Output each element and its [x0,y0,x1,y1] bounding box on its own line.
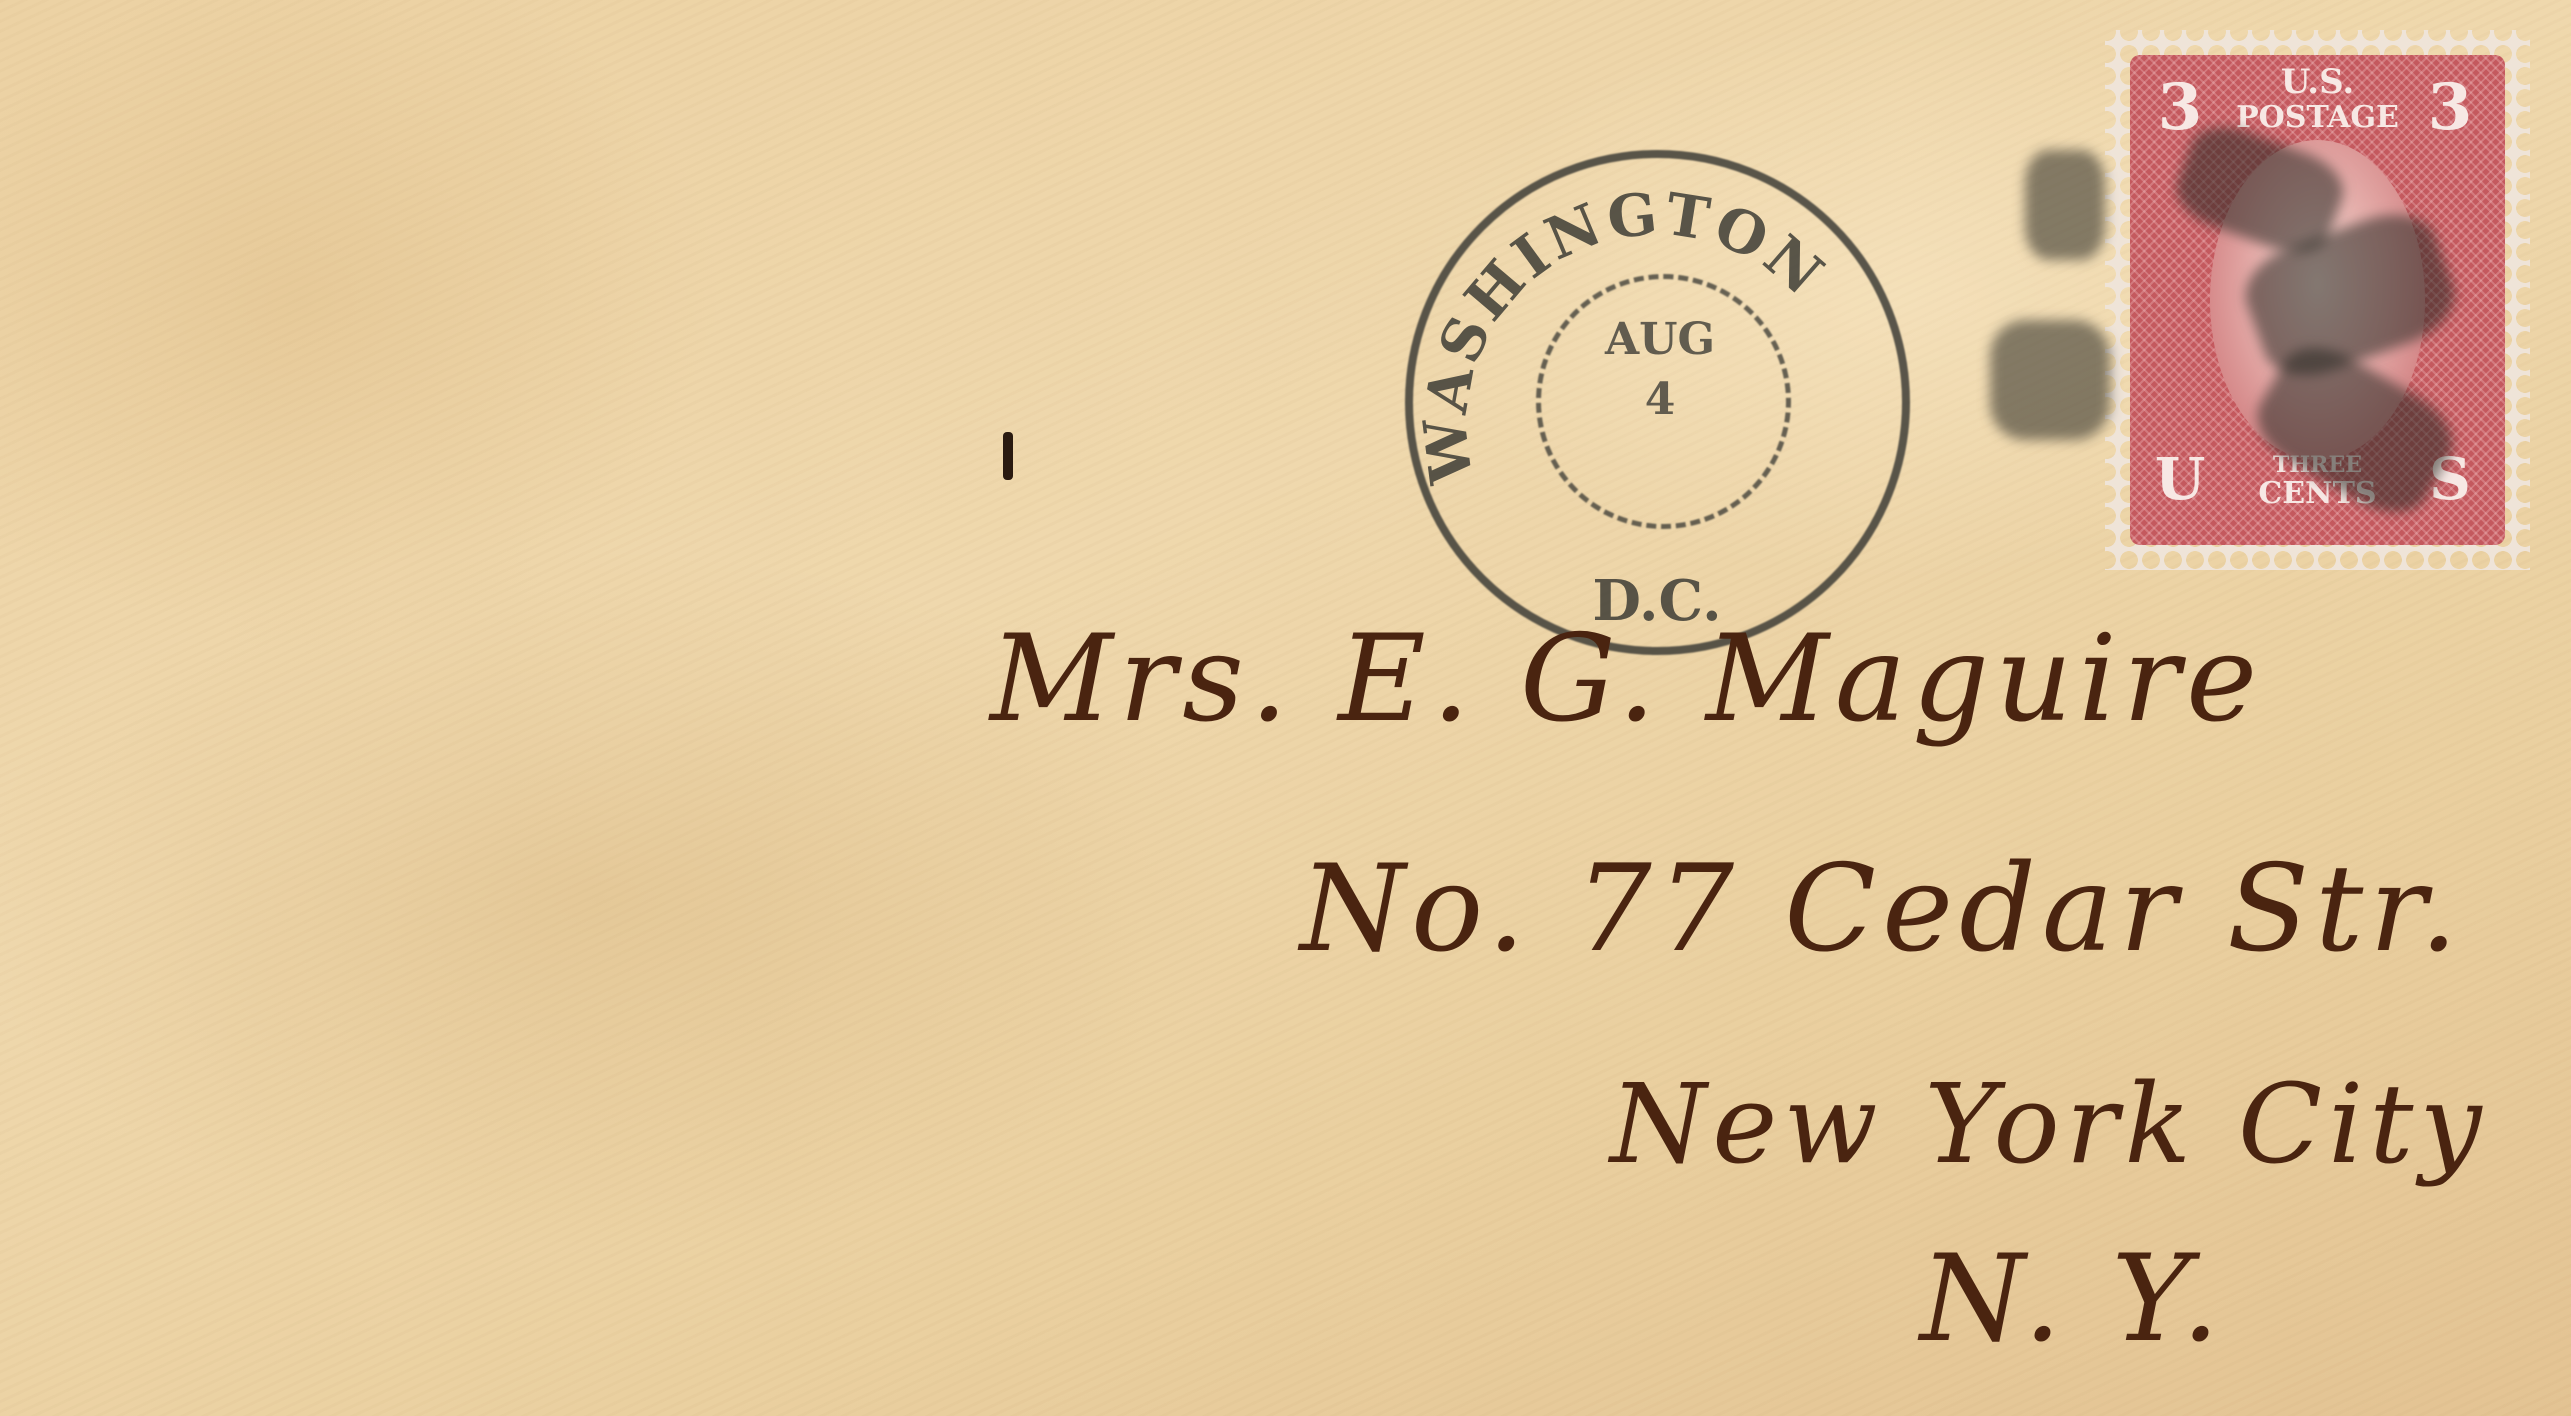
stamp-corner-u: U [2150,445,2210,513]
cancel-blot [2025,150,2105,260]
stamp-numeral-right: 3 [2420,70,2480,145]
address-line-street: No. 77 Cedar Str. [1300,840,2464,979]
ink-mark [1003,432,1013,480]
stamp-country: U.S. [2250,62,2385,102]
postmark-day: 4 [1540,370,1780,430]
postmark-month: AUG [1540,310,1780,370]
cancel-blot [1990,320,2110,440]
address-line-state: N. Y. [1920,1230,2226,1369]
address-line-name: Mrs. E. G. Maguire [990,610,2263,749]
stamp-label: POSTAGE [2220,100,2415,135]
address-line-city: New York City [1610,1060,2488,1188]
postmark-date: AUG 4 [1540,310,1780,430]
